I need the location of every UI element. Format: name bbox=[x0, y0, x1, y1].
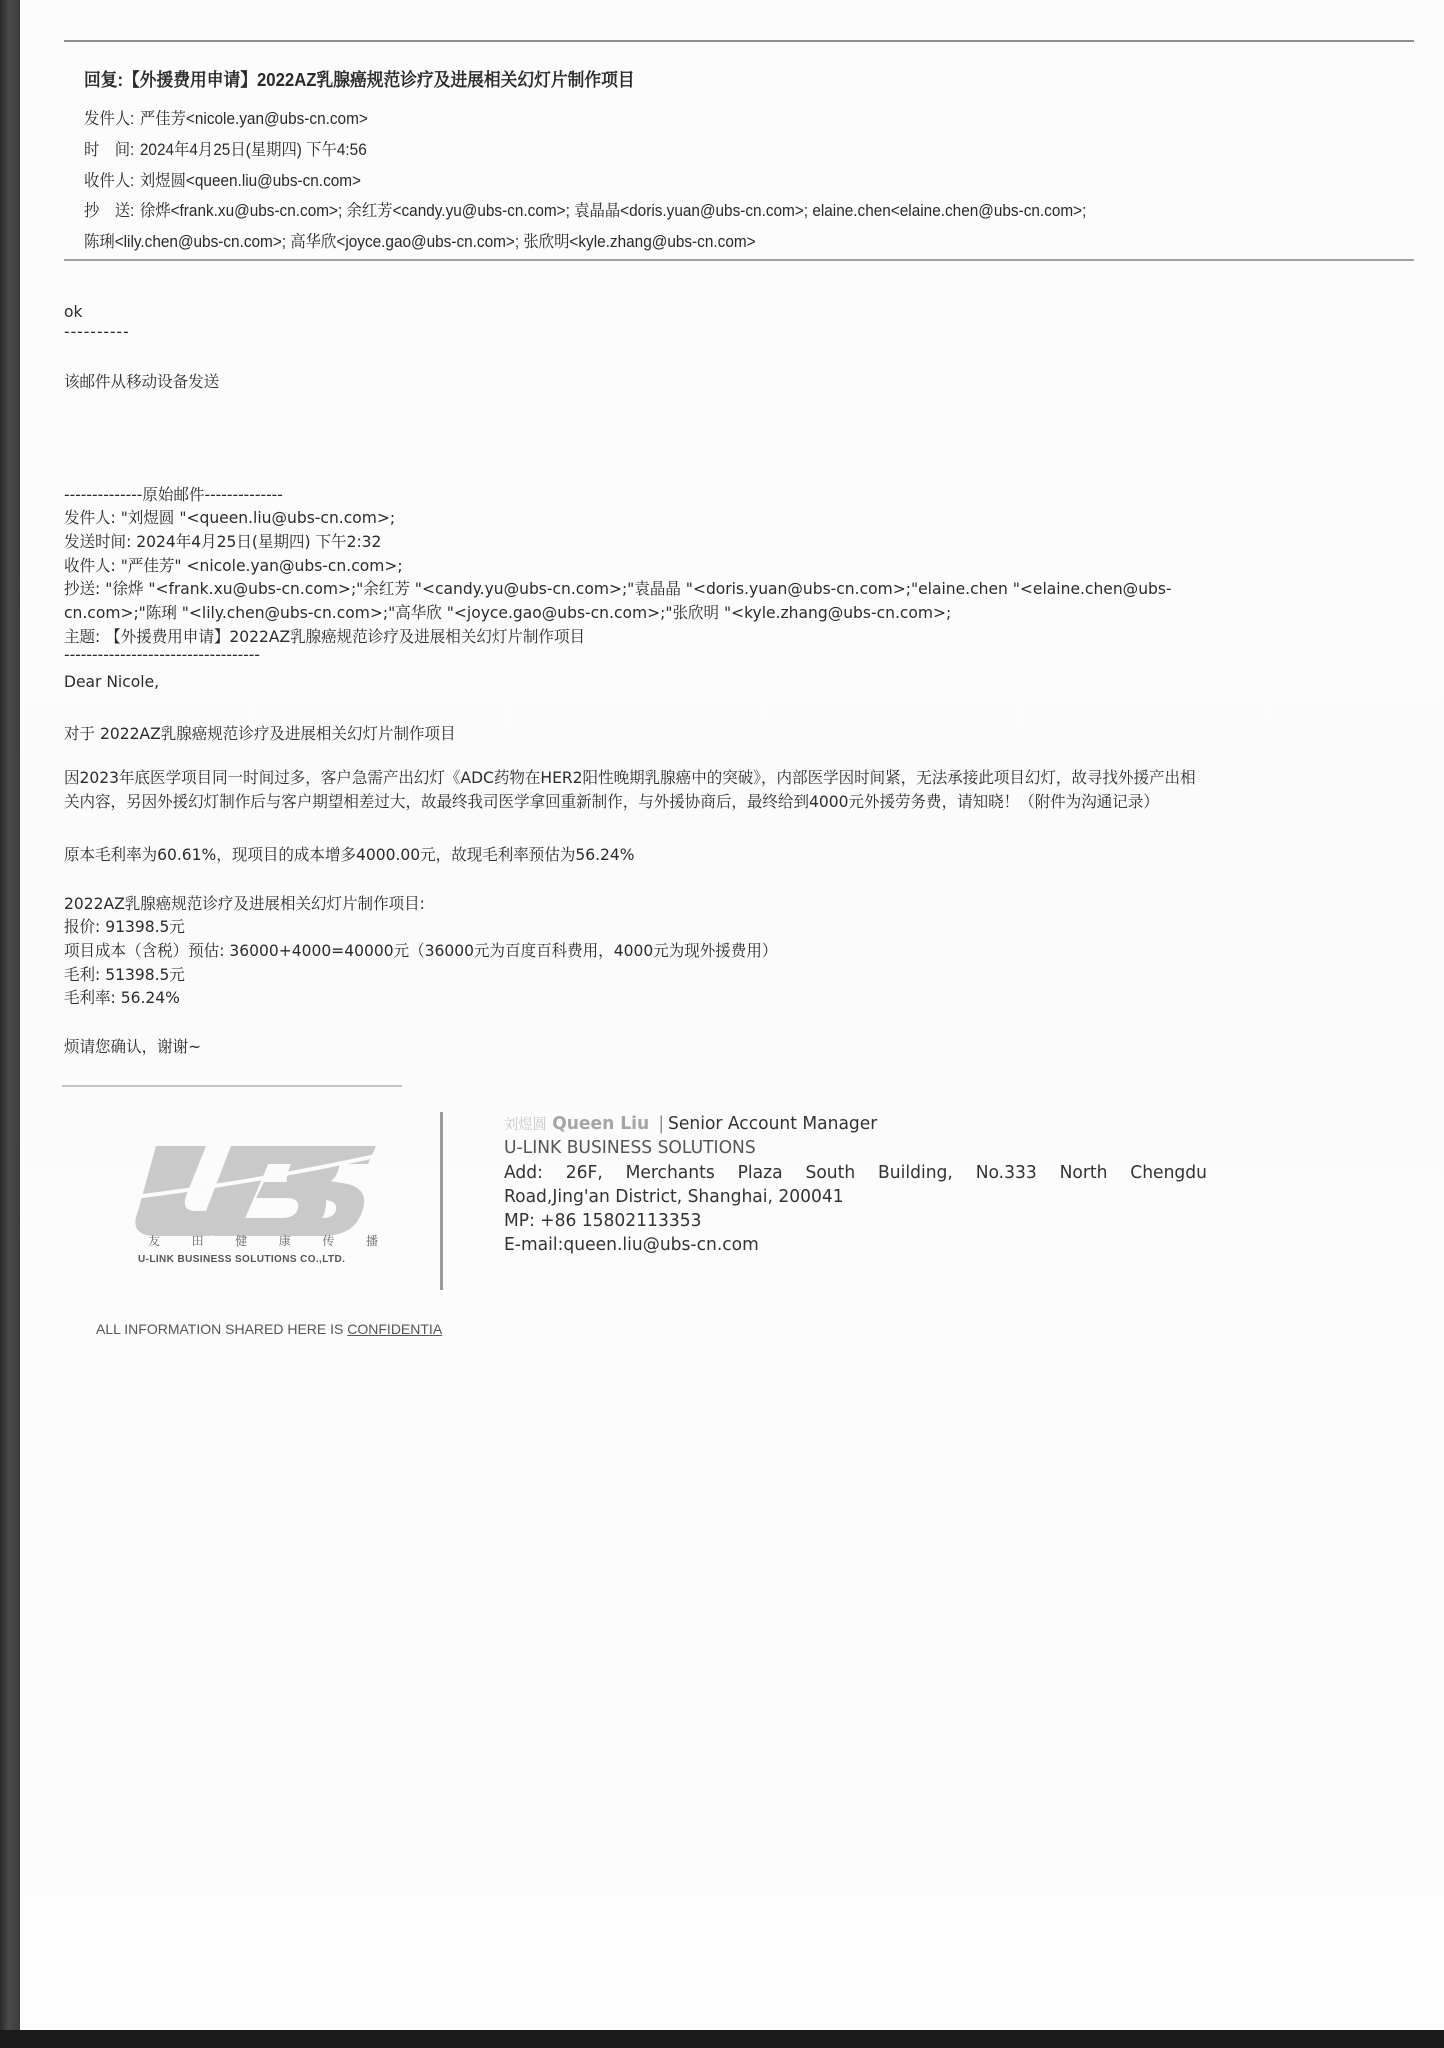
original-sent: 发送时间: 2024年4月25日(星期四) 下午2:32 bbox=[64, 529, 381, 552]
signature-email[interactable]: E-mail:queen.liu@ubs-cn.com bbox=[504, 1234, 759, 1255]
logo-char: 康 bbox=[279, 1232, 291, 1249]
confidential-notice: ALL INFORMATION SHARED HERE IS CONFIDENT… bbox=[96, 1321, 442, 1337]
original-divider: --------------原始邮件-------------- bbox=[64, 482, 283, 505]
to-row: 收件人:刘煜圆<queen.liu@ubs-cn.com> bbox=[84, 167, 361, 191]
time-value: 2024年4月25日(星期四) 下午4:56 bbox=[140, 141, 367, 159]
time-row: 时 间:2024年4月25日(星期四) 下午4:56 bbox=[84, 136, 367, 160]
mobile-note: 该邮件从移动设备发送 bbox=[64, 369, 219, 392]
original-cc-line1: 抄送: "徐烨 "<frank.xu@ubs-cn.com>;"余红芳 "<ca… bbox=[64, 576, 1172, 599]
reply-text: ok bbox=[64, 302, 82, 321]
signature-vertical-divider bbox=[440, 1112, 443, 1290]
signature-address-line1: Add: 26F, Merchants Plaza South Building… bbox=[504, 1162, 1207, 1183]
header-bottom-rule bbox=[64, 259, 1414, 261]
cost-line: 项目成本（含税）预估: 36000+4000=40000元（36000元为百度百… bbox=[64, 938, 777, 961]
address-word: Building, bbox=[878, 1162, 953, 1183]
cc-row-continued: 陈琍<lily.chen@ubs-cn.com>; 高华欣<joyce.gao@… bbox=[84, 228, 756, 252]
project-title: 2022AZ乳腺癌规范诊疗及进展相关幻灯片制作项目: bbox=[64, 891, 425, 914]
greeting: Dear Nicole, bbox=[64, 672, 159, 691]
address-word: Add: bbox=[504, 1162, 543, 1183]
address-word: South bbox=[805, 1162, 855, 1183]
address-word: Chengdu bbox=[1130, 1162, 1207, 1183]
gross-margin-line: 毛利率: 56.24% bbox=[64, 985, 180, 1008]
address-word: Merchants bbox=[626, 1162, 715, 1183]
photo-bottom-edge bbox=[0, 2030, 1444, 2048]
cc-value-line1: 徐烨<frank.xu@ubs-cn.com>; 余红芳<candy.yu@ub… bbox=[140, 202, 1086, 220]
signature-separator bbox=[62, 1085, 402, 1087]
to-value: 刘煜圆<queen.liu@ubs-cn.com> bbox=[140, 172, 361, 190]
margin-note: 原本毛利率为60.61%，现项目的成本增多4000.00元，故现毛利率预估为56… bbox=[64, 842, 635, 865]
reply-dashes: ---------- bbox=[64, 322, 130, 341]
to-label: 收件人: bbox=[84, 172, 134, 190]
paragraph-line1: 因2023年底医学项目同一时间过多，客户急需产出幻灯《ADC药物在HER2阳性晚… bbox=[64, 765, 1196, 788]
logo-char: 友 bbox=[148, 1232, 160, 1249]
original-cc-line2: cn.com>;"陈琍 "<lily.chen@ubs-cn.com>;"高华欣… bbox=[64, 600, 951, 623]
original-to: 收件人: "严佳芳" <nicole.yan@ubs-cn.com>; bbox=[64, 553, 403, 576]
top-rule bbox=[64, 40, 1414, 42]
time-label: 时 间: bbox=[84, 141, 134, 159]
logo-chinese-name: 友 田 健 康 传 播 bbox=[148, 1232, 378, 1249]
cc-label: 抄 送: bbox=[84, 202, 134, 220]
paragraph-line2: 关内容，另因外援幻灯制作后与客户期望相差过大，故最终我司医学拿回重新制作，与外援… bbox=[64, 789, 1159, 812]
signature-name-title: 刘煜圆 Queen Liu |Senior Account Manager bbox=[504, 1113, 877, 1134]
from-value: 严佳芳<nicole.yan@ubs-cn.com> bbox=[140, 110, 368, 128]
email-subject: 回复:【外援费用申请】2022AZ乳腺癌规范诊疗及进展相关幻灯片制作项目 bbox=[84, 66, 635, 92]
original-end-divider: ----------------------------------- bbox=[64, 645, 260, 664]
signature-company: U-LINK BUSINESS SOLUTIONS bbox=[504, 1137, 756, 1158]
signature-pipe: | bbox=[658, 1113, 664, 1134]
signature-phone: MP: +86 15802113353 bbox=[504, 1210, 701, 1231]
logo-char: 健 bbox=[235, 1232, 247, 1249]
signature-address-line2: Road,Jing'an District, Shanghai, 200041 bbox=[504, 1186, 844, 1207]
original-subject: 主题: 【外援费用申请】2022AZ乳腺癌规范诊疗及进展相关幻灯片制作项目 bbox=[64, 624, 585, 647]
cc-row: 抄 送:徐烨<frank.xu@ubs-cn.com>; 余红芳<candy.y… bbox=[84, 197, 1086, 221]
photo-left-edge bbox=[0, 0, 22, 2048]
regarding-line: 对于 2022AZ乳腺癌规范诊疗及进展相关幻灯片制作项目 bbox=[64, 721, 456, 744]
from-label: 发件人: bbox=[84, 110, 134, 128]
logo-char: 传 bbox=[322, 1232, 334, 1249]
from-row: 发件人:严佳芳<nicole.yan@ubs-cn.com> bbox=[84, 105, 368, 129]
confidential-link[interactable]: CONFIDENTIA bbox=[347, 1321, 442, 1337]
address-word: No.333 bbox=[976, 1162, 1037, 1183]
gross-profit-line: 毛利: 51398.5元 bbox=[64, 962, 185, 985]
signature-name-en: Queen Liu bbox=[552, 1113, 649, 1134]
logo-char: 田 bbox=[192, 1232, 204, 1249]
address-word: North bbox=[1060, 1162, 1108, 1183]
signature-title: Senior Account Manager bbox=[668, 1113, 877, 1134]
confidential-prefix: ALL INFORMATION SHARED HERE IS bbox=[96, 1321, 347, 1337]
closing-line: 烦请您确认，谢谢~ bbox=[64, 1034, 201, 1057]
address-word: Plaza bbox=[738, 1162, 783, 1183]
original-from: 发件人: "刘煜圆 "<queen.liu@ubs-cn.com>; bbox=[64, 505, 395, 528]
logo-char: 播 bbox=[366, 1232, 378, 1249]
quote-line: 报价: 91398.5元 bbox=[64, 914, 185, 937]
address-word: 26F, bbox=[566, 1162, 603, 1183]
printed-email-page: 回复:【外援费用申请】2022AZ乳腺癌规范诊疗及进展相关幻灯片制作项目 发件人… bbox=[20, 0, 1444, 2032]
logo-english-name: U-LINK BUSINESS SOLUTIONS CO.,LTD. bbox=[138, 1254, 345, 1265]
signature-name-cn: 刘煜圆 bbox=[504, 1115, 547, 1133]
